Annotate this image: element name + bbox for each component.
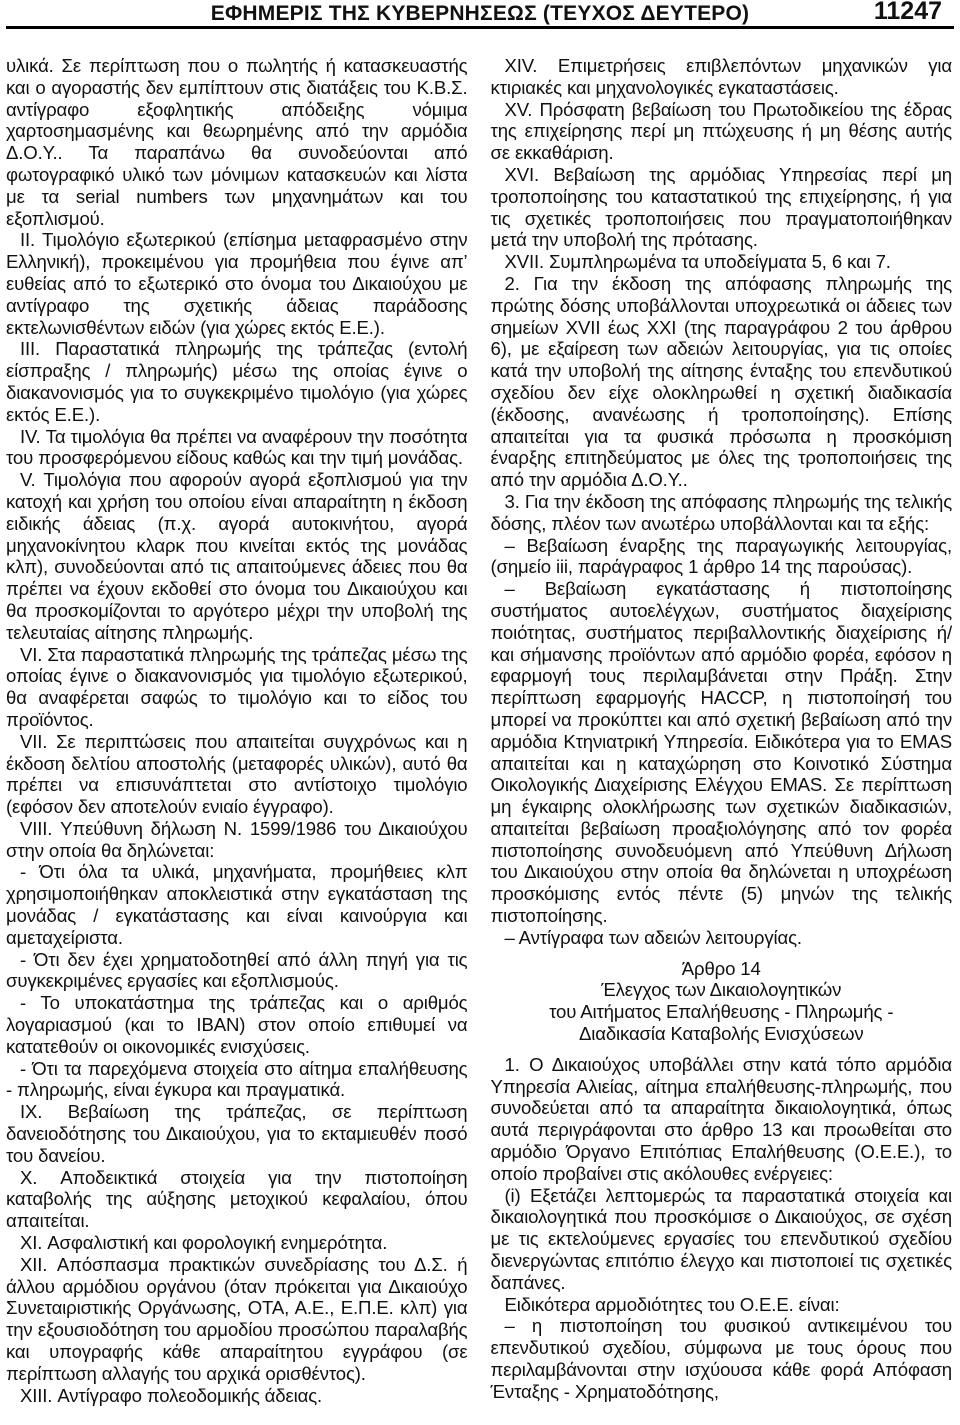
paragraph: - Ότι όλα τα υλικά, μηχανήματα, προμήθει…: [6, 861, 468, 948]
gazette-title: ΕΦΗΜΕΡΙΣ ΤΗΣ ΚΥΒΕΡΝΗΣΕΩΣ (ΤΕΥΧΟΣ ΔΕΥΤΕΡΟ…: [6, 2, 954, 26]
paragraph: VIII. Υπεύθυνη δήλωση Ν. 1599/1986 του Δ…: [6, 818, 468, 862]
paragraph: ΙΙ. Τιμολόγιο εξωτερικού (επίσημα μεταφρ…: [6, 229, 468, 338]
paragraph: – Αντίγραφα των αδειών λειτουργίας.: [491, 927, 953, 949]
paragraph: (i) Εξετάζει λεπτομερώς τα παραστατικά σ…: [491, 1185, 953, 1294]
paragraph: – Βεβαίωση εγκατάστασης ή πιστοποίησης σ…: [491, 578, 953, 927]
article-heading-line: Έλεγχος των Δικαιολογητικών: [491, 979, 953, 1001]
paragraph: Ειδικότερα αρμοδιότητες του Ο.Ε.Ε. είναι…: [491, 1294, 953, 1316]
article-heading-line: Διαδικασία Καταβολής Ενισχύσεων: [491, 1023, 953, 1045]
left-column: υλικά. Σε περίπτωση που ο πωλητής ή κατα…: [6, 55, 468, 1406]
paragraph: 1. Ο Δικαιούχος υποβάλλει στην κατά τόπο…: [491, 1054, 953, 1185]
paragraph: 3. Για την έκδοση της απόφασης πληρωμής …: [491, 491, 953, 535]
paragraph: V. Τιμολόγια που αφορούν αγορά εξοπλισμο…: [6, 469, 468, 643]
paragraph: 2. Για την έκδοση της απόφασης πληρωμής …: [491, 273, 953, 491]
page-number: 11247: [874, 0, 942, 24]
paragraph: XVI. Βεβαίωση της αρμόδιας Υπηρεσίας περ…: [491, 164, 953, 251]
paragraph: IX. Βεβαίωση της τράπεζας, σε περίπτωση …: [6, 1101, 468, 1166]
paragraph: VII. Σε περιπτώσεις που απαιτείται συγχρ…: [6, 731, 468, 818]
paragraph: XII. Απόσπασμα πρακτικών συνεδρίασης του…: [6, 1254, 468, 1385]
article-heading-line: του Αιτήματος Επαλήθευσης - Πληρωμής -: [491, 1001, 953, 1023]
paragraph: IV. Τα τιμολόγια θα πρέπει να αναφέρουν …: [6, 426, 468, 470]
paragraph: υλικά. Σε περίπτωση που ο πωλητής ή κατα…: [6, 55, 468, 229]
paragraph: - Ότι τα παρεχόμενα στοιχεία στο αίτημα …: [6, 1058, 468, 1102]
page-header: ΕΦΗΜΕΡΙΣ ΤΗΣ ΚΥΒΕΡΝΗΣΕΩΣ (ΤΕΥΧΟΣ ΔΕΥΤΕΡΟ…: [6, 0, 954, 29]
paragraph: XIV. Επιμετρήσεις επιβλεπόντων μηχανικών…: [491, 55, 953, 99]
article-heading-line: Άρθρο 14: [491, 958, 953, 980]
document-body: υλικά. Σε περίπτωση που ο πωλητής ή κατα…: [0, 29, 960, 1406]
paragraph: X. Αποδεικτικά στοιχεία για την πιστοποί…: [6, 1167, 468, 1232]
paragraph: – η πιστοποίηση του φυσικού αντικειμένου…: [491, 1315, 953, 1402]
paragraph: - Το υποκατάστημα της τράπεζας και ο αρι…: [6, 992, 468, 1057]
paragraph: ΙΙΙ. Παραστατικά πληρωμής της τράπεζας (…: [6, 338, 468, 425]
paragraph: XI. Ασφαλιστική και φορολογική ενημερότη…: [6, 1232, 468, 1254]
right-column: XIV. Επιμετρήσεις επιβλεπόντων μηχανικών…: [491, 55, 953, 1406]
paragraph: – Βεβαίωση έναρξης της παραγωγικής λειτο…: [491, 535, 953, 579]
paragraph: - Ότι δεν έχει χρηματοδοτηθεί από άλλη π…: [6, 949, 468, 993]
paragraph: VI. Στα παραστατικά πληρωμής της τράπεζα…: [6, 644, 468, 731]
paragraph: XIII. Αντίγραφο πολεοδομικής άδειας.: [6, 1385, 468, 1407]
paragraph: XVII. Συμπληρωμένα τα υποδείγματα 5, 6 κ…: [491, 251, 953, 273]
paragraph: XV. Πρόσφατη βεβαίωση του Πρωτοδικείου τ…: [491, 99, 953, 164]
